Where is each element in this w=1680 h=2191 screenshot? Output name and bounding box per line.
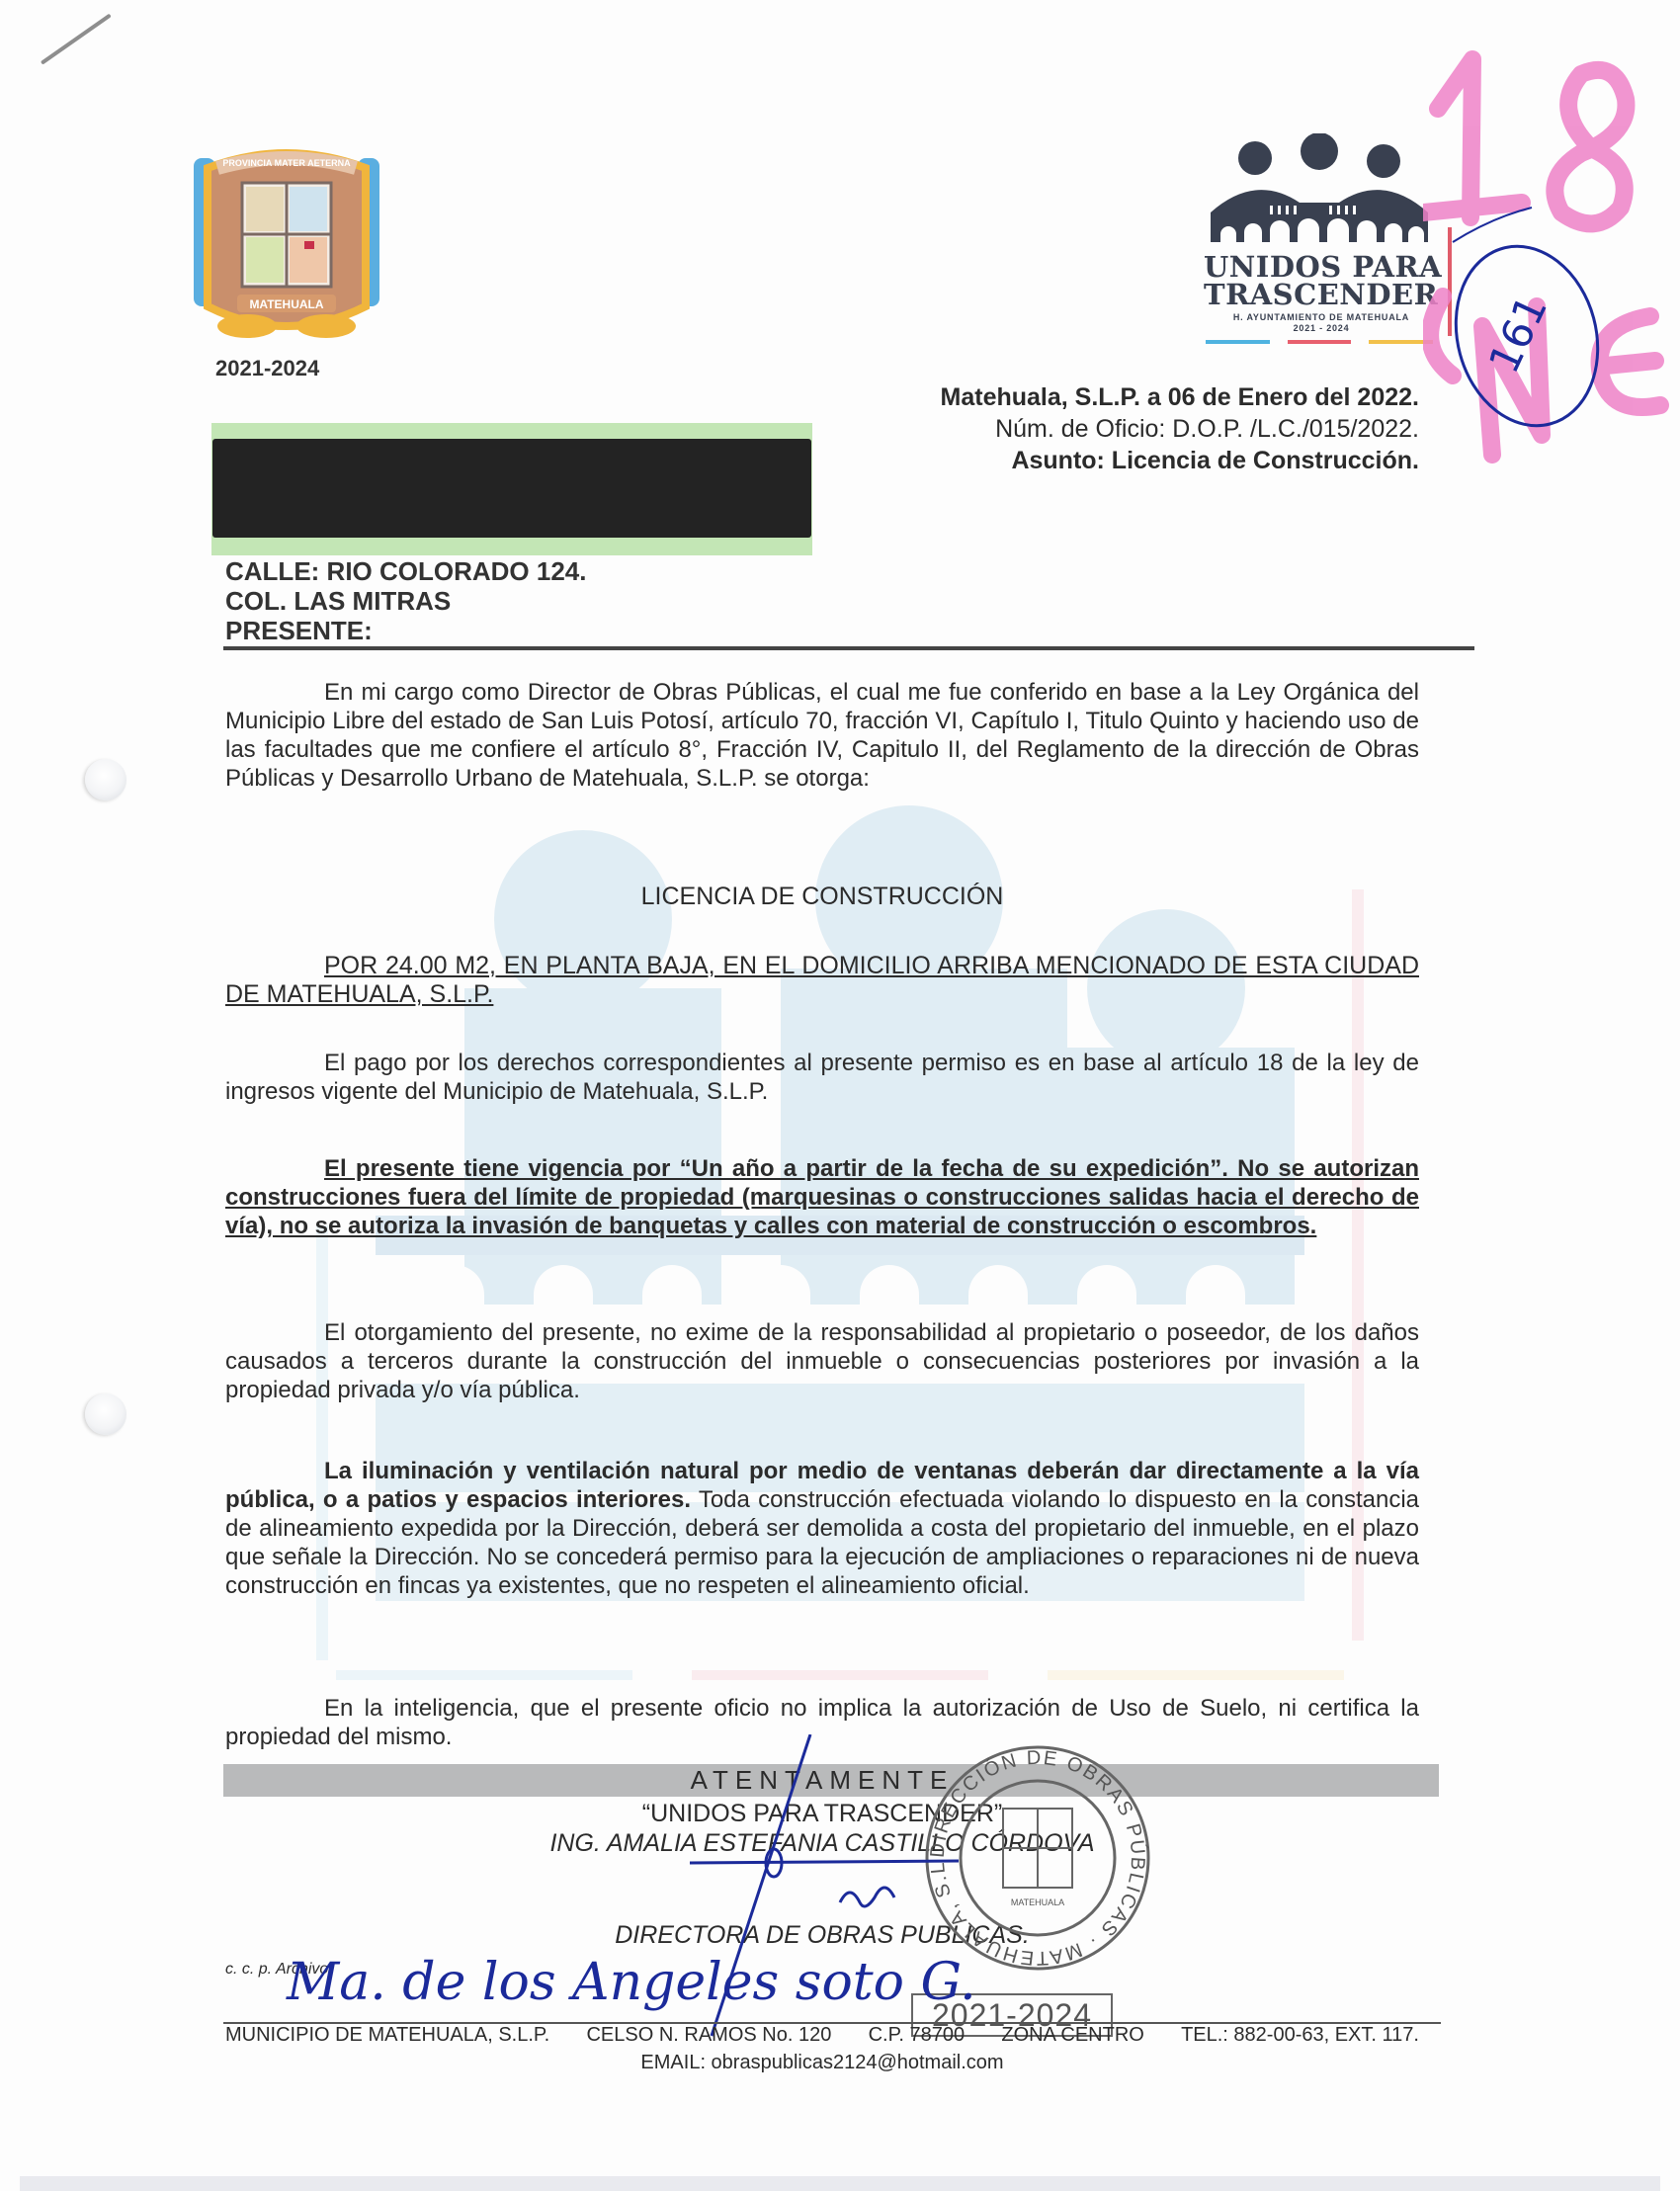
scan-edge bbox=[20, 2176, 1660, 2191]
redacted-recipient-name bbox=[212, 439, 811, 538]
svg-text:PROVINCIA MATER AETERNA: PROVINCIA MATER AETERNA bbox=[222, 158, 351, 168]
logo-subtitle: H. AYUNTAMIENTO DE MATEHUALA 2021 - 2024 bbox=[1208, 312, 1435, 334]
recipient-address: CALLE: RIO COLORADO 124. COL. LAS MITRAS… bbox=[225, 556, 586, 645]
logo-bar-red bbox=[1288, 340, 1352, 344]
place-date: Matehuala, S.L.P. a 06 de Enero del 2022… bbox=[941, 381, 1419, 413]
svg-text:MATEHUALA: MATEHUALA bbox=[249, 297, 323, 311]
paragraph-liability: El otorgamiento del presente, no exime d… bbox=[225, 1318, 1419, 1404]
header-divider bbox=[223, 646, 1474, 650]
handwritten-marker-annotation: 161 bbox=[1423, 40, 1680, 474]
municipal-crest-icon: MATEHUALA PROVINCIA MATER AETERNA bbox=[188, 138, 385, 346]
license-title: LICENCIA DE CONSTRUCCIÓN bbox=[225, 883, 1419, 911]
crest-years: 2021-2024 bbox=[215, 356, 319, 381]
logo-bar-blue bbox=[1206, 340, 1270, 344]
footer-email[interactable]: EMAIL: obraspublicas2124@hotmail.com bbox=[225, 2052, 1419, 2074]
subject: Asunto: Licencia de Construcción. bbox=[941, 445, 1419, 476]
letter-header: Matehuala, S.L.P. a 06 de Enero del 2022… bbox=[941, 381, 1419, 476]
recipient-colony: COL. LAS MITRAS bbox=[225, 586, 586, 616]
paragraph-validity: El presente tiene vigencia por “Un año a… bbox=[225, 1154, 1419, 1240]
recipient-greeting: PRESENTE: bbox=[225, 616, 586, 645]
pencil-mark bbox=[41, 14, 112, 65]
license-scope: POR 24.00 M2, EN PLANTA BAJA, EN EL DOMI… bbox=[225, 952, 1419, 1009]
punch-hole bbox=[85, 1393, 126, 1435]
paragraph-lighting: La iluminación y ventilación natural por… bbox=[225, 1457, 1419, 1600]
footer-address: MUNICIPIO DE MATEHUALA, S.L.P. CELSO N. … bbox=[225, 2024, 1419, 2047]
handwritten-signatures: Ma. de los Angeles soto G. bbox=[277, 1734, 1265, 2041]
punch-hole bbox=[85, 759, 126, 801]
logo-color-bars bbox=[1206, 340, 1433, 344]
recipient-street: CALLE: RIO COLORADO 124. bbox=[225, 556, 586, 586]
office-number: Núm. de Oficio: D.O.P. /L.C./015/2022. bbox=[941, 413, 1419, 445]
logo-title: UNIDOS PARA TRASCENDER bbox=[1204, 253, 1442, 308]
svg-text:Ma. de los Angeles soto G.: Ma. de los Angeles soto G. bbox=[286, 1953, 976, 2012]
paragraph-authority: En mi cargo como Director de Obras Públi… bbox=[225, 678, 1419, 793]
paragraph-payment: El pago por los derechos correspondiente… bbox=[225, 1049, 1419, 1106]
